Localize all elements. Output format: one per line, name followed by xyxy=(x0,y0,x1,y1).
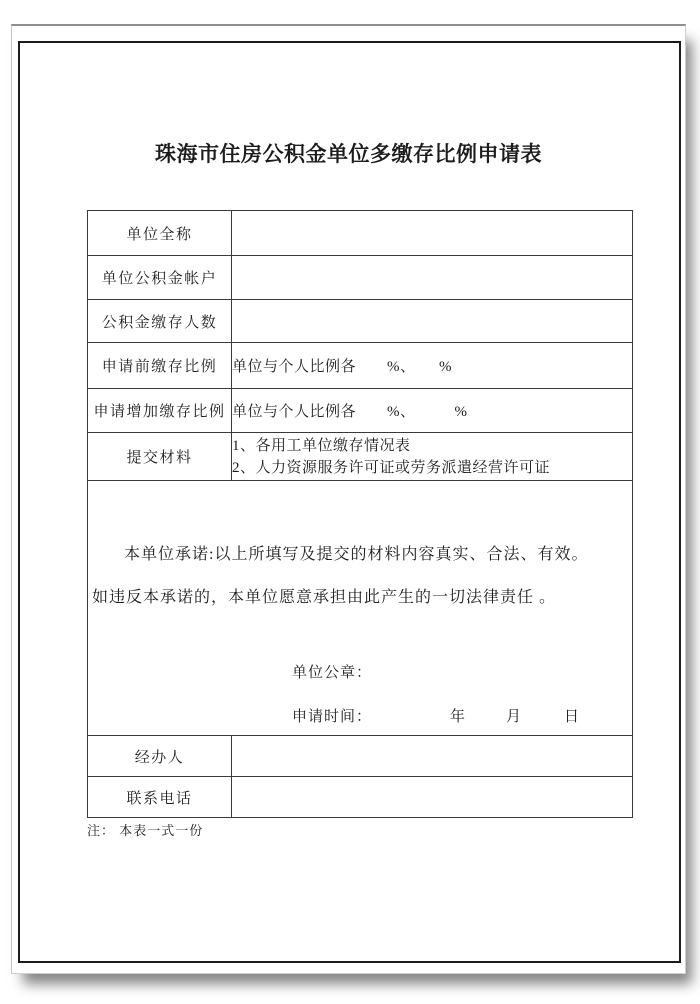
field-label-phone: 联系电话 xyxy=(88,777,232,818)
table-row: 申请增加缴存比例 单位与个人比例各 %、 % xyxy=(88,389,633,433)
day-label: 日 xyxy=(564,709,580,725)
commitment-line-1: 本单位承诺:以上所填写及提交的材料内容真实、合法、有效。 xyxy=(92,533,622,576)
year-label: 年 xyxy=(450,709,466,725)
application-time-label: 申请时间： xyxy=(292,709,372,725)
table-row: 单位全称 xyxy=(88,211,633,256)
field-label-fund-account: 单位公积金帐户 xyxy=(88,256,232,300)
unit-seal-label: 单位公章： xyxy=(292,665,372,681)
application-form-table: 单位全称 单位公积金帐户 公积金缴存人数 申请前缴存比例 单位与个人比例各 %、… xyxy=(87,210,633,818)
field-value-fund-account xyxy=(232,256,633,300)
commitment-statement: 本单位承诺:以上所填写及提交的材料内容真实、合法、有效。 如违反本承诺的，本单位… xyxy=(92,533,622,619)
table-row: 联系电话 xyxy=(88,777,633,818)
field-label-ratio-before: 申请前缴存比例 xyxy=(88,343,232,389)
footnote: 注： 本表一式一份 xyxy=(87,820,203,839)
field-label-materials: 提交材料 xyxy=(88,433,232,481)
table-row: 公积金缴存人数 xyxy=(88,300,633,343)
table-row: 本单位承诺:以上所填写及提交的材料内容真实、合法、有效。 如违反本承诺的，本单位… xyxy=(88,481,633,736)
field-value-unit-name xyxy=(232,211,633,256)
page-title: 珠海市住房公积金单位多缴存比例申请表 xyxy=(12,138,685,168)
field-value-phone xyxy=(232,777,633,818)
field-value-ratio-before: 单位与个人比例各 %、 % xyxy=(232,343,633,389)
field-value-materials: 1、各用工单位缴存情况表 2、人力资源服务许可证或劳务派遣经营许可证 xyxy=(232,433,633,481)
field-value-depositor-count xyxy=(232,300,633,343)
material-item-1: 1、各用工单位缴存情况表 xyxy=(232,435,632,457)
table-row: 申请前缴存比例 单位与个人比例各 %、 % xyxy=(88,343,633,389)
table-row: 提交材料 1、各用工单位缴存情况表 2、人力资源服务许可证或劳务派遣经营许可证 xyxy=(88,433,633,481)
field-label-handler: 经办人 xyxy=(88,736,232,777)
field-label-ratio-increase: 申请增加缴存比例 xyxy=(88,389,232,433)
commitment-cell: 本单位承诺:以上所填写及提交的材料内容真实、合法、有效。 如违反本承诺的，本单位… xyxy=(88,481,633,736)
field-value-ratio-increase: 单位与个人比例各 %、 % xyxy=(232,389,633,433)
table-row: 经办人 xyxy=(88,736,633,777)
document-page: { "document": { "title": "珠海市住房公积金单位多缴存比… xyxy=(0,0,700,1004)
unit-seal-line: 单位公章： xyxy=(292,661,372,682)
field-label-unit-name: 单位全称 xyxy=(88,211,232,256)
application-time-line: 申请时间：年月日 xyxy=(292,705,580,726)
month-label: 月 xyxy=(506,709,522,725)
field-value-handler xyxy=(232,736,633,777)
material-item-2: 2、人力资源服务许可证或劳务派遣经营许可证 xyxy=(232,457,632,479)
table-row: 单位公积金帐户 xyxy=(88,256,633,300)
paper-sheet: 珠海市住房公积金单位多缴存比例申请表 单位全称 单位公积金帐户 公积金缴存人数 … xyxy=(11,24,686,974)
commitment-line-2: 如违反本承诺的，本单位愿意承担由此产生的一切法律责任 。 xyxy=(92,589,556,606)
field-label-depositor-count: 公积金缴存人数 xyxy=(88,300,232,343)
